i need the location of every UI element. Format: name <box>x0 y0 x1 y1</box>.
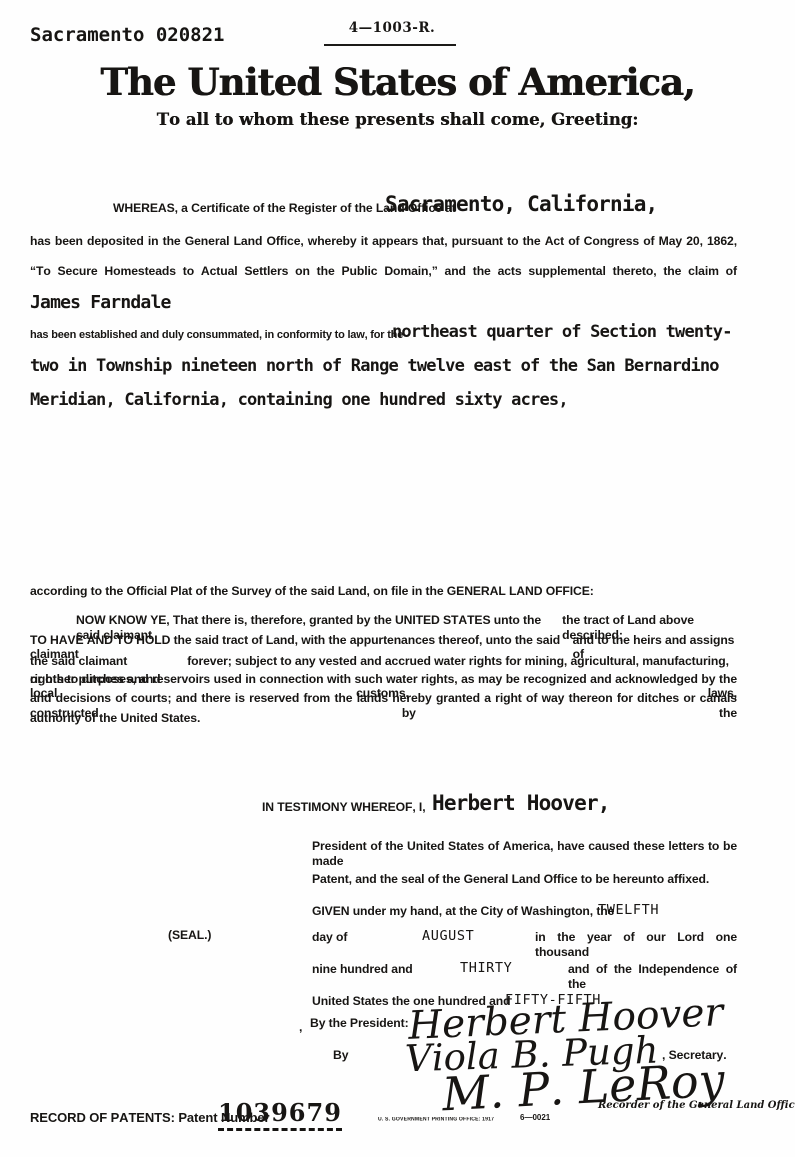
land-description-line-1: northeast quarter of Section twenty- <box>392 322 732 342</box>
form-number-rule <box>324 44 456 46</box>
year-word-typed: THIRTY <box>460 960 512 976</box>
given-prefix: GIVEN under my hand, at the City of Wash… <box>312 904 614 919</box>
grant-line-3a: the said claimant <box>30 654 127 668</box>
claimant-name: James Farndale <box>30 292 171 313</box>
patent-number: 1039679 <box>218 1098 342 1131</box>
whereas-line-3: “To Secure Homesteads to Actual Settlers… <box>30 264 737 279</box>
president-name-typed: Herbert Hoover, <box>432 791 610 815</box>
form-number: 4—1003-R. <box>322 20 462 36</box>
independence-phrase-1: and of the Independence of the <box>568 962 737 991</box>
testimony-line-3: Patent, and the seal of the General Land… <box>312 872 709 887</box>
day-of-label: day of <box>312 930 347 945</box>
testimony-intro: IN TESTIMONY WHEREOF, I, <box>262 800 426 815</box>
land-patent-document: Sacramento 020821 4—1003-R. The United S… <box>0 0 795 1157</box>
recorder-title: Recorder of the General Land Office. <box>598 1100 795 1111</box>
day-word-typed: TWELFTH <box>598 902 659 918</box>
comma-mark: , <box>299 1020 302 1035</box>
whereas-line-2: has been deposited in the General Land O… <box>30 234 737 249</box>
printing-office-imprint: U. S. GOVERNMENT PRINTING OFFICE: 1917 <box>378 1117 494 1122</box>
by-president-label: By the President: <box>310 1016 409 1031</box>
grant-line-6: authority of the United States. <box>30 711 200 726</box>
year-phrase-2: nine hundred and <box>312 962 413 977</box>
document-subtitle: To all to whom these presents shall come… <box>0 110 795 129</box>
by-label: By <box>333 1048 348 1063</box>
print-code: 6—0021 <box>520 1113 550 1122</box>
month-typed: AUGUST <box>422 928 474 944</box>
testimony-line-2: President of the United States of Americ… <box>312 839 737 868</box>
land-office-value: Sacramento, California, <box>385 192 657 216</box>
land-description-line-3: Meridian, California, containing one hun… <box>30 390 568 410</box>
seal-notation: (SEAL.) <box>168 928 211 943</box>
serial-number: Sacramento 020821 <box>30 24 224 46</box>
year-phrase-1: in the year of our Lord one thousand <box>535 930 737 959</box>
consummated-prefix: has been established and duly consummate… <box>30 329 403 341</box>
document-title: The United States of America, <box>0 60 795 104</box>
plat-line: according to the Official Plat of the Su… <box>30 584 594 599</box>
land-description-line-2: two in Township nineteen north of Range … <box>30 356 719 376</box>
